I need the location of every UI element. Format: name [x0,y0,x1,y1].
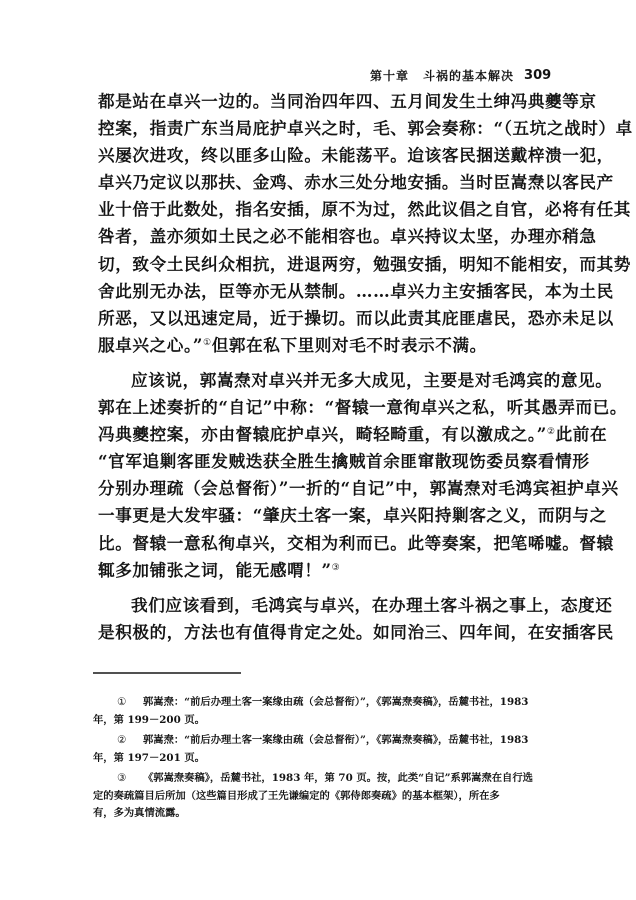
footnote-ref-2[interactable]: ② [547,427,556,437]
footnote-line: ③《郭嵩焘奏稿》，岳麓书社，1983 年，第 70 页。按，此类“自记”系郭嵩焘… [93,770,553,788]
footnote-3: ③《郭嵩焘奏稿》，岳麓书社，1983 年，第 70 页。按，此类“自记”系郭嵩焘… [93,770,553,823]
footnotes: ①郭嵩焘：“前后办理土客一案缘由疏（会总督衔）”，《郭嵩焘奏稿》，岳麓书社，19… [93,694,553,823]
text-span: 辄多加铺张之词，能无感喟！” [98,560,332,580]
footnote-2: ②郭嵩焘：“前后办理土客一案缘由疏（会总督衔）”，《郭嵩焘奏稿》，岳麓书社，19… [93,732,553,767]
text-span: 此前在 [556,424,608,444]
footnote-text: 郭嵩焘：“前后办理土客一案缘由疏（会总督衔）”，《郭嵩焘奏稿》，岳麓书社，198… [143,696,528,708]
text-line: 辄多加铺张之词，能无感喟！”③ [98,557,546,584]
text-span: 但郭在私下里则对毛不时表示不满。 [212,335,487,355]
text-line: 都是站在卓兴一边的。当同治四年四、五月间发生土绅冯典夔等京 [98,88,546,115]
footnote-line: 年，第 199－200 页。 [93,712,553,730]
footnote-divider [93,672,241,674]
footnote-marker: ① [117,694,143,712]
footnote-1: ①郭嵩焘：“前后办理土客一案缘由疏（会总督衔）”，《郭嵩焘奏稿》，岳麓书社，19… [93,694,553,729]
text-line: 郭在上述奏折的“自记”中称：“督辕一意徇卓兴之私，听其愚弄而已。 [98,394,546,421]
text-line: 我们应该看到，毛鸿宾与卓兴，在办理土客斗祸之事上，态度还 [98,592,546,619]
text-line: 兴屡次进攻，终以匪多山险。未能荡平。迨该客民捆送戴梓溃一犯， [98,142,546,169]
text-line: 卓兴乃定议以那扶、金鸡、赤水三处分地安插。当时臣嵩焘以客民产 [98,169,546,196]
body-text: 都是站在卓兴一边的。当同治四年四、五月间发生土绅冯典夔等京 控案，指责广东当局庇… [98,88,546,646]
chapter-title: 斗祸的基本解决 [423,67,514,84]
text-line: 分别办理疏（会总督衔）”一折的“自记”中，郭嵩焘对毛鸿宾袒护卓兴 [98,475,546,502]
text-line: 一事更是大发牢骚：“肇庆土客一案，卓兴阳持剿客之义，而阴与之 [98,502,546,529]
page-number: 309 [524,68,551,83]
footnote-line: 定的奏疏篇目后所加（这些篇目形成了王先谦编定的《郭侍郎奏疏》的基本框架），所在多 [93,788,553,806]
text-line: 应该说，郭嵩焘对卓兴并无多大成见，主要是对毛鸿宾的意见。 [98,367,546,394]
paragraph-2: 应该说，郭嵩焘对卓兴并无多大成见，主要是对毛鸿宾的意见。 郭在上述奏折的“自记”… [98,367,546,584]
running-header: 第十章 斗祸的基本解决 309 [340,65,580,85]
text-line: 切，致令土民纠众相抗，进退两穷，勉强安插，明知不能相安，而其势 [98,251,546,278]
text-line: 舍此别无办法，臣等亦无从禁制。……卓兴力主安插客民，本为土民 [98,278,546,305]
footnote-text: 郭嵩焘：“前后办理土客一案缘由疏（会总督衔）”，《郭嵩焘奏稿》，岳麓书社，198… [143,734,528,746]
footnote-marker: ② [117,732,143,750]
text-line: 冯典夔控案，亦由督辕庇护卓兴，畸轻畸重，有以激成之。”②此前在 [98,421,546,448]
footnote-line: 年，第 197－201 页。 [93,750,553,768]
text-line: 是积极的，方法也有值得肯定之处。如同治三、四年间，在安插客民 [98,619,546,646]
footnote-ref-1[interactable]: ① [203,338,212,348]
text-line: 比。督辕一意私徇卓兴，交相为利而已。此等奏案，把笔唏嘘。督辕 [98,530,546,557]
text-line: 咎者，盖亦须如土民之必不能相容也。卓兴持议太坚，办理亦稍急 [98,223,546,250]
text-span: 服卓兴之心。” [98,335,203,355]
text-span: 冯典夔控案，亦由督辕庇护卓兴，畸轻畸重，有以激成之。” [98,424,547,444]
footnote-ref-3[interactable]: ③ [332,563,341,573]
paragraph-3: 我们应该看到，毛鸿宾与卓兴，在办理土客斗祸之事上，态度还 是积极的，方法也有值得… [98,592,546,646]
paragraph-1: 都是站在卓兴一边的。当同治四年四、五月间发生土绅冯典夔等京 控案，指责广东当局庇… [98,88,546,359]
text-line: 所恶，又以迅速定局，近于操切。而以此责其庇匪虐民，恐亦未足以 [98,305,546,332]
footnote-text: 《郭嵩焘奏稿》，岳麓书社，1983 年，第 70 页。按，此类“自记”系郭嵩焘在… [143,772,533,784]
text-line: 控案，指责广东当局庇护卓兴之时，毛、郭会奏称：“（五坑之战时）卓 [98,115,546,142]
text-line: “官军追剿客匪发贼迭获全胜生擒贼首余匪窜散现饬委员察看情形 [98,448,546,475]
text-line: 服卓兴之心。”①但郭在私下里则对毛不时表示不满。 [98,332,546,359]
footnote-marker: ③ [117,770,143,788]
chapter-label: 第十章 [370,67,409,84]
footnote-line: 有，多为真情流露。 [93,805,553,823]
footnote-line: ②郭嵩焘：“前后办理土客一案缘由疏（会总督衔）”，《郭嵩焘奏稿》，岳麓书社，19… [93,732,553,750]
text-line: 业十倍于此数处，指名安插，原不为过，然此议倡之自官，必将有任其 [98,196,546,223]
footnote-line: ①郭嵩焘：“前后办理土客一案缘由疏（会总督衔）”，《郭嵩焘奏稿》，岳麓书社，19… [93,694,553,712]
